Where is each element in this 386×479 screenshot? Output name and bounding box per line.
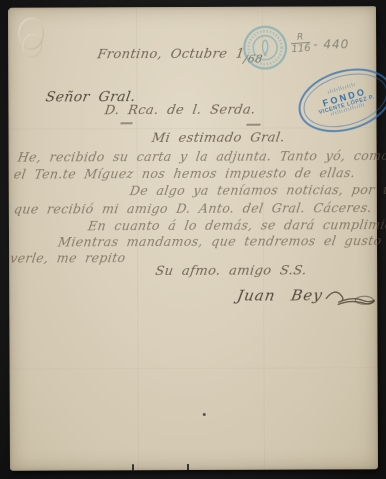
fold-crease-horizontal-bottom (10, 367, 378, 371)
body-line: De algo ya teníamos noticias, por una (129, 182, 386, 198)
signature-rubric (325, 284, 377, 308)
dateline-text: Frontino, Octubre 1 (96, 47, 245, 63)
body-line: En cuanto á lo demás, se dará cumplimien… (87, 217, 386, 233)
body-line: Mientras mandamos, que tendremos el gust… (57, 233, 386, 250)
paper-tear (132, 464, 134, 470)
scanned-letter-screenshot: { "scan": { "description": "Scanned 19th… (0, 0, 386, 479)
body-line: el Ten.te Míguez nos hemos impuesto de e… (13, 165, 357, 181)
round-postal-stamp-icon (241, 24, 289, 72)
addressee: D. Rca. de l. Serda. (103, 103, 256, 119)
archival-fraction: R 116 (290, 33, 311, 55)
body-line: que recibió mi amigo D. Anto. del Gral. … (13, 200, 373, 217)
embossed-seal-ring (22, 34, 42, 58)
archival-fraction-bottom: 116 (291, 42, 311, 55)
oval-fondo-stamp: ılılıllıılılı FONDO VICENTE LÓPEZ P. ılı… (291, 58, 386, 142)
letter-paper: Frontino, Octubre 1/68 Señor Gral. D. Rc… (8, 6, 378, 471)
archival-number: R 116 - 440 (291, 33, 349, 54)
body-line: verle, me repito (9, 250, 127, 266)
archival-suffix: - 440 (313, 37, 349, 51)
addressee-underline (246, 124, 261, 126)
greeting: Mi estimado Gral. (151, 131, 286, 147)
paper-tear (187, 464, 189, 470)
signature: Juan Bey (236, 286, 325, 304)
closing: Su afmo. amigo S.S. (154, 263, 308, 279)
paper-speck (203, 413, 206, 416)
signature-block: Juan Bey (237, 284, 377, 305)
addressee-underline (120, 122, 133, 124)
dateline: Frontino, Octubre 1/68 (96, 47, 264, 63)
body-line: He, recibido su carta y la adjunta. Tant… (17, 148, 386, 165)
